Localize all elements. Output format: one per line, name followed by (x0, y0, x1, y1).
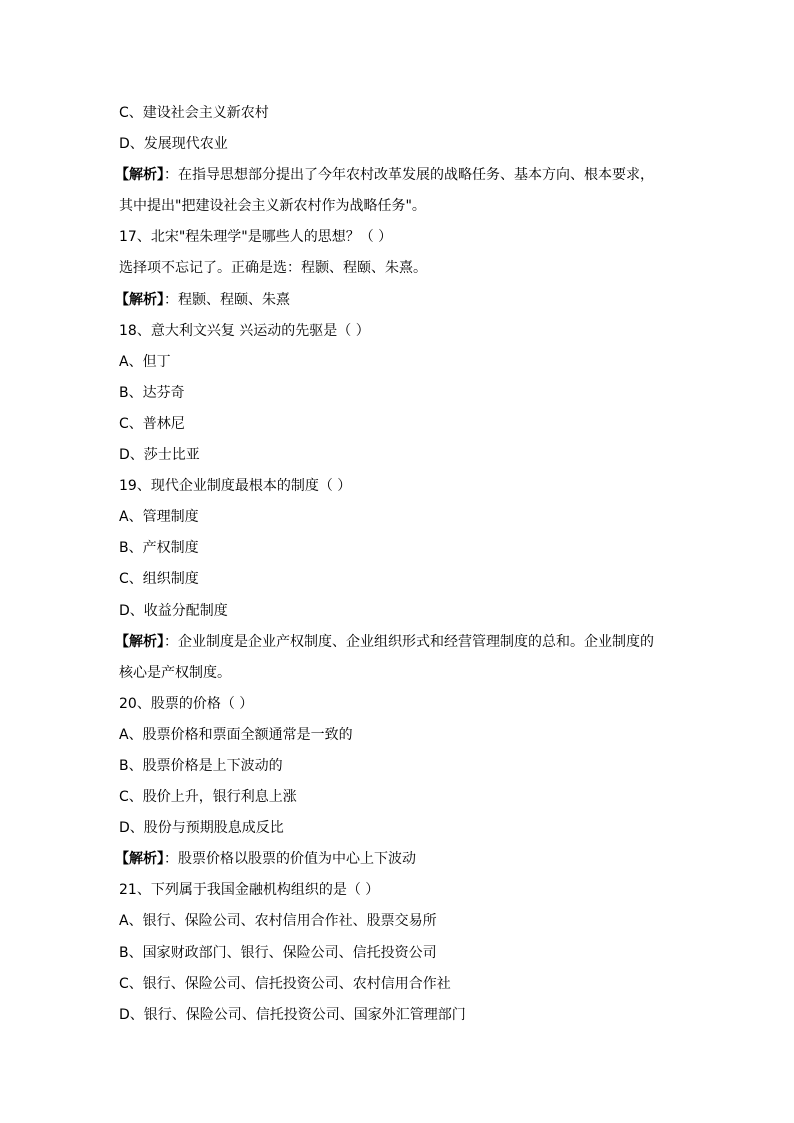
analysis-label: 【解析】 (115, 167, 164, 183)
option-18b: B、达芬奇 (119, 382, 679, 413)
analysis-17: 【解析】：程颢、程颐、朱熹 (119, 289, 679, 320)
analysis-label: 【解析】 (115, 851, 164, 867)
analysis-19: 【解析】：企业制度是企业产权制度、企业组织形式和经营管理制度的总和。企业制度的 (119, 631, 679, 662)
option-20a: A、股票价格和票面全额通常是一致的 (119, 724, 679, 755)
analysis-16: 【解析】：在指导思想部分提出了今年农村改革发展的战略任务、基本方向、根本要求， (119, 164, 679, 195)
analysis-sep: ： (164, 292, 178, 308)
note-17: 选择项不忘记了。正确是选：程颢、程颐、朱熹。 (119, 257, 679, 288)
option-20b: B、股票价格是上下波动的 (119, 755, 679, 786)
option-18c: C、普林尼 (119, 413, 679, 444)
option-20c: C、股价上升，银行利息上涨 (119, 786, 679, 817)
option-19d: D、收益分配制度 (119, 600, 679, 631)
option-21b: B、国家财政部门、银行、保险公司、信托投资公司 (119, 942, 679, 973)
question-17: 17、北宋"程朱理学"是哪些人的思想？（ ） (119, 226, 679, 257)
analysis-text: 股票价格以股票的价值为中心上下波动 (178, 851, 416, 867)
option-21c: C、银行、保险公司、信托投资公司、农村信用合作社 (119, 973, 679, 1004)
option-21a: A、银行、保险公司、农村信用合作社、股票交易所 (119, 910, 679, 941)
option-20d: D、股份与预期股息成反比 (119, 817, 679, 848)
option-21d: D、银行、保险公司、信托投资公司、国家外汇管理部门 (119, 1004, 679, 1035)
analysis-label: 【解析】 (115, 292, 164, 308)
analysis-sep: ： (164, 167, 178, 183)
analysis-text: 在指导思想部分提出了今年农村改革发展的战略任务、基本方向、根本要求， (178, 167, 654, 183)
option-16d: D、发展现代农业 (119, 133, 679, 164)
option-18d: D、莎士比亚 (119, 444, 679, 475)
question-20: 20、股票的价格（ ） (119, 693, 679, 724)
question-18: 18、意大利文兴复 兴运动的先驱是（ ） (119, 320, 679, 351)
analysis-20: 【解析】：股票价格以股票的价值为中心上下波动 (119, 848, 679, 879)
document-page: C、建设社会主义新农村 D、发展现代农业 【解析】：在指导思想部分提出了今年农村… (119, 102, 679, 1035)
option-19b: B、产权制度 (119, 537, 679, 568)
option-18a: A、但丁 (119, 351, 679, 382)
analysis-sep: ： (164, 634, 178, 650)
option-16c: C、建设社会主义新农村 (119, 102, 679, 133)
analysis-text: 程颢、程颐、朱熹 (178, 292, 290, 308)
option-19a: A、管理制度 (119, 506, 679, 537)
analysis-16-cont: 其中提出"把建设社会主义新农村作为战略任务"。 (119, 195, 679, 226)
analysis-19-cont: 核心是产权制度。 (119, 662, 679, 693)
analysis-label: 【解析】 (115, 634, 164, 650)
question-21: 21、下列属于我国金融机构组织的是（ ） (119, 879, 679, 910)
analysis-sep: ： (164, 851, 178, 867)
question-19: 19、现代企业制度最根本的制度（ ） (119, 475, 679, 506)
option-19c: C、组织制度 (119, 568, 679, 599)
analysis-text: 企业制度是企业产权制度、企业组织形式和经营管理制度的总和。企业制度的 (178, 634, 654, 650)
